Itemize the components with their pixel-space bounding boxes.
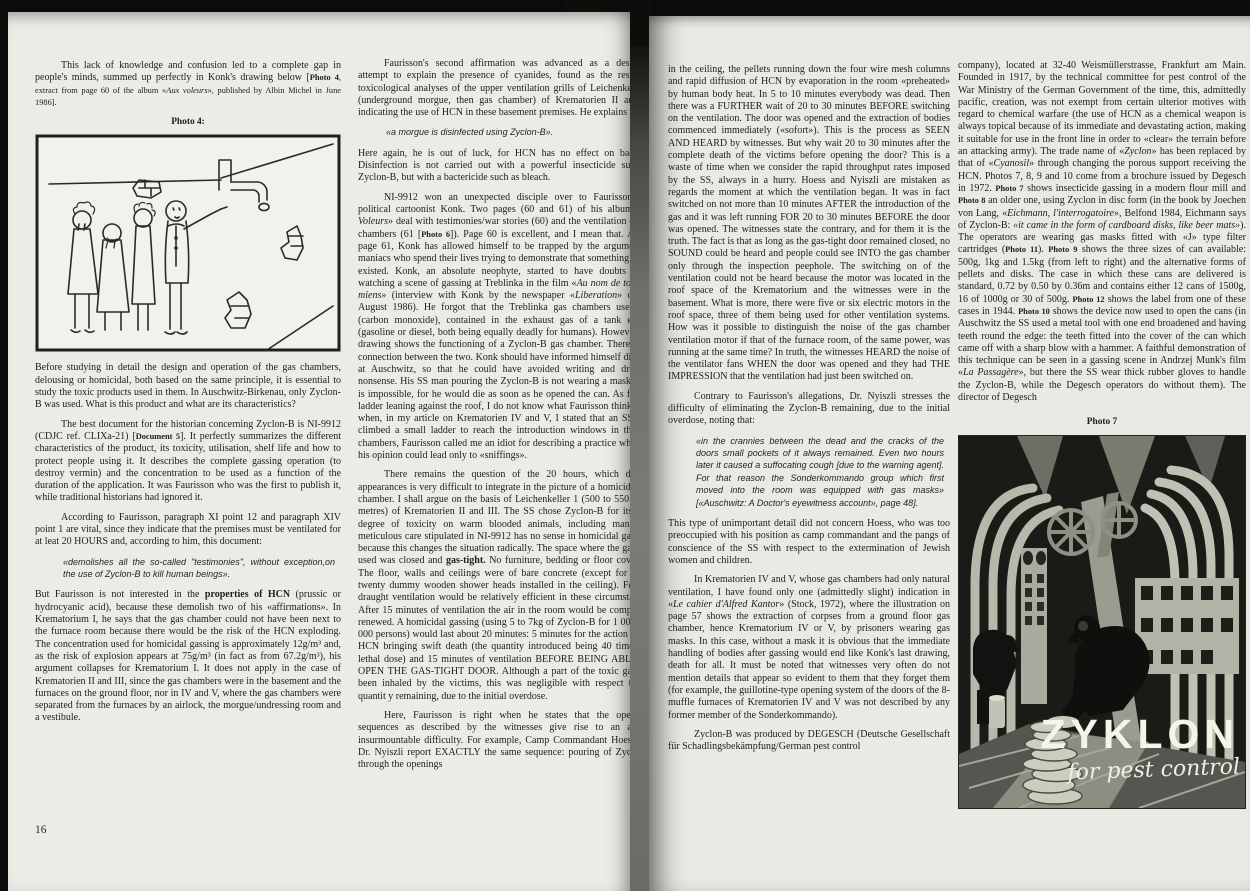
quotation: «demolishes all the so-called "testimoni… [63,556,335,581]
column1-intro: This lack of knowledge and confusion led… [35,60,341,109]
paragraph: Here, Faurisson is right when he states … [358,710,630,771]
paragraph: This lack of knowledge and confusion led… [35,60,341,109]
photo7-caption: Photo 7 [958,416,1246,428]
paragraph: Here again, he is out of luck, for HCN h… [358,148,630,185]
page-number: 16 [35,824,47,836]
paragraph: This type of unimportant detail did not … [668,518,950,567]
quotation: «a morgue is disinfected using Zyclon-B»… [386,126,630,138]
paragraph: Before studying in detail the design and… [35,362,341,411]
paragraph: Faurisson's second affirmation was advan… [358,58,630,119]
left-page: This lack of knowledge and confusion led… [8,12,630,891]
column1-body: Before studying in detail the design and… [35,362,341,724]
paragraph: According to Faurisson, paragraph XI poi… [35,512,341,549]
paragraph: Zyclon-B was produced by DEGESCH (Deutsc… [668,729,950,754]
text-column-2: Faurisson's second affirmation was advan… [358,58,630,778]
right-page: in the ceiling, the pellets running down… [649,16,1250,891]
paragraph: But Faurisson is not interested in the p… [35,589,341,724]
photo4-cartoon [35,134,341,352]
photo7-photograph: ZYKLON for pest control [958,435,1246,809]
paragraph: Contrary to Faurisson's allegations, Dr.… [668,391,950,428]
paragraph: company), located at 32-40 Weismüllerstr… [958,60,1246,404]
zyklon-advert-photo: ZYKLON for pest control [958,435,1246,809]
cartoon-drawing [35,134,341,352]
paragraph: in the ceiling, the pellets running down… [668,64,950,384]
paragraph: The best document for the historian conc… [35,419,341,505]
paragraph: There remains the question of the 20 hou… [358,469,630,703]
paragraph: In Krematorien IV and V, whose gas chamb… [668,574,950,722]
quotation: «in the crannies between the dead and th… [696,435,944,509]
text-column-4: company), located at 32-40 Weismüllerstr… [958,60,1246,809]
zyklon-title-text: ZYKLON [1040,711,1239,757]
text-column-3: in the ceiling, the pellets running down… [668,64,950,760]
page-gutter-shadow [628,0,651,891]
scanned-book-spread: This lack of knowledge and confusion led… [0,0,1250,891]
paragraph: NI-9912 won an unexpected disciple over … [358,192,630,463]
text-column-1: This lack of knowledge and confusion led… [35,60,341,732]
photo4-caption: Photo 4: [35,116,341,128]
column4-body: company), located at 32-40 Weismüllerstr… [958,60,1246,404]
